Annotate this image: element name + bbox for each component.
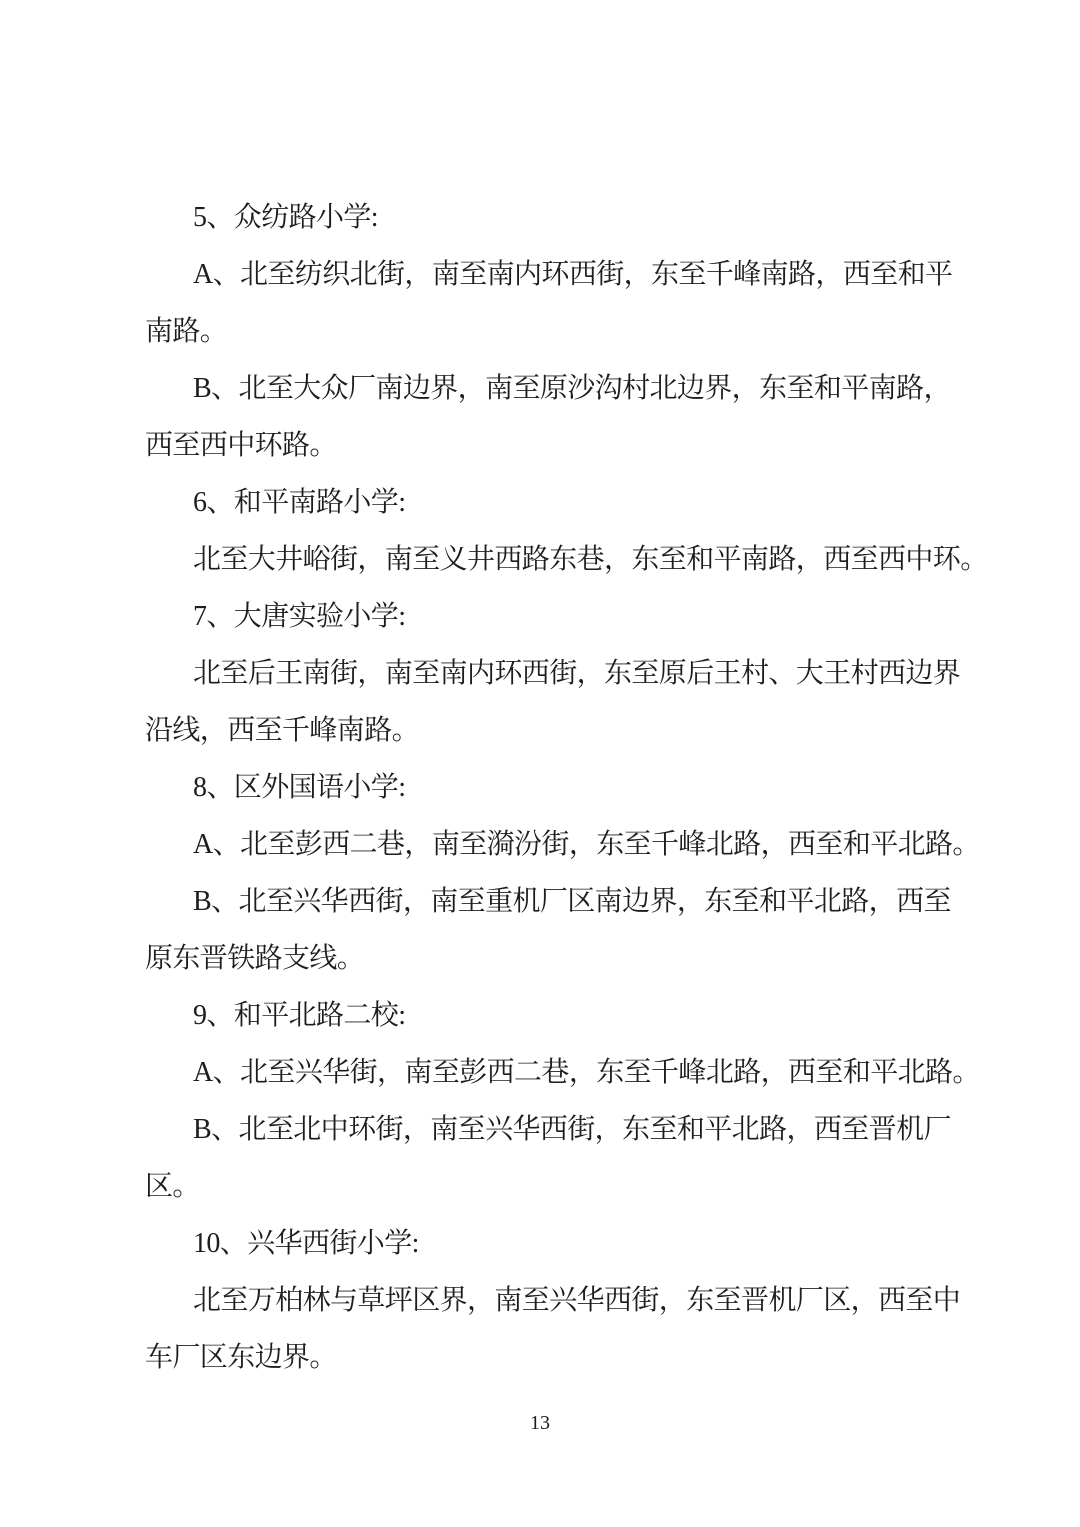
school-heading: 8、区外国语小学: <box>145 759 963 816</box>
text-line: 北至大井峪街，南至义井西路东巷，东至和平南路，西至西中环。 <box>145 531 963 588</box>
school-heading: 9、和平北路二校: <box>145 987 963 1044</box>
text-line: A、北至兴华街，南至彭西二巷，东至千峰北路，西至和平北路。 <box>145 1044 963 1101</box>
text-line: 区。 <box>145 1158 963 1215</box>
text-line: B、北至大众厂南边界，南至原沙沟村北边界，东至和平南路， <box>145 360 963 417</box>
text-line: B、北至北中环街，南至兴华西街，东至和平北路，西至晋机厂 <box>145 1101 963 1158</box>
page-number: 13 <box>0 1410 1080 1436</box>
text-line: 北至后王南街，南至南内环西街，东至原后王村、大王村西边界 <box>145 645 963 702</box>
text-line: 车厂区东边界。 <box>145 1329 963 1386</box>
text-line: A、北至彭西二巷，南至漪汾街，东至千峰北路，西至和平北路。 <box>145 816 963 873</box>
text-line: 原东晋铁路支线。 <box>145 930 963 987</box>
text-line: B、北至兴华西街，南至重机厂区南边界，东至和平北路，西至 <box>145 873 963 930</box>
school-heading: 7、大唐实验小学: <box>145 588 963 645</box>
school-heading: 10、兴华西街小学: <box>145 1215 963 1272</box>
document-body: 5、众纺路小学: A、北至纺织北街，南至南内环西街，东至千峰南路，西至和平 南路… <box>145 189 963 1386</box>
text-line: 西至西中环路。 <box>145 417 963 474</box>
text-line: 北至万柏林与草坪区界，南至兴华西街，东至晋机厂区，西至中 <box>145 1272 963 1329</box>
text-line: 沿线，西至千峰南路。 <box>145 702 963 759</box>
school-heading: 6、和平南路小学: <box>145 474 963 531</box>
document-page: 5、众纺路小学: A、北至纺织北街，南至南内环西街，东至千峰南路，西至和平 南路… <box>0 0 1080 1527</box>
text-line: 南路。 <box>145 303 963 360</box>
school-heading: 5、众纺路小学: <box>145 189 963 246</box>
text-line: A、北至纺织北街，南至南内环西街，东至千峰南路，西至和平 <box>145 246 963 303</box>
